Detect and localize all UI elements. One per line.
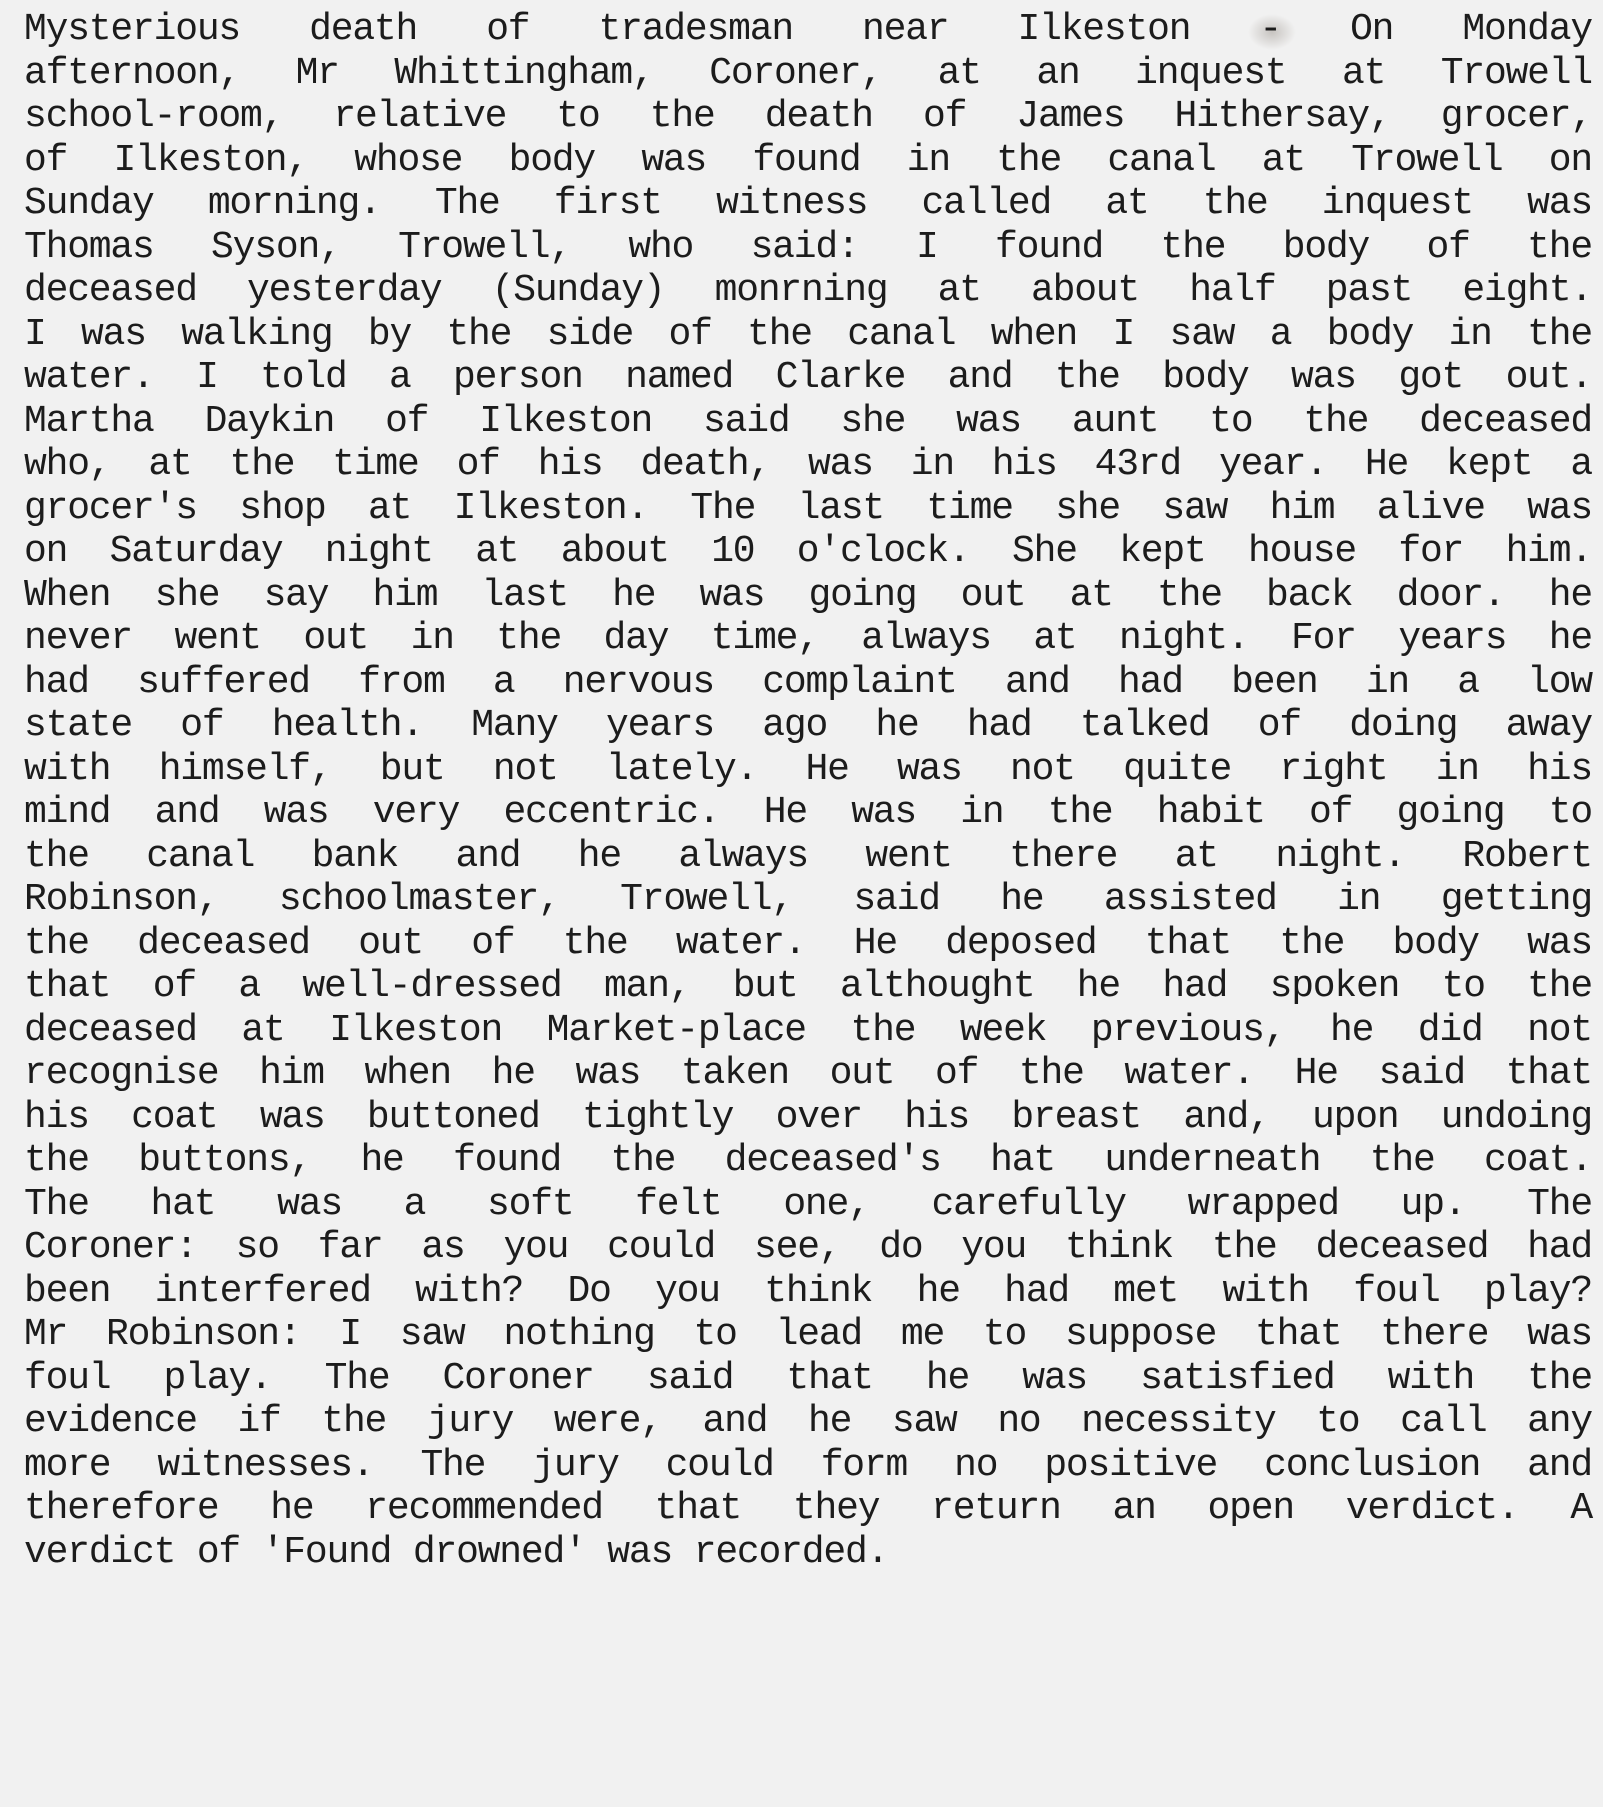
text-line: the canal bank and he always went there … <box>24 835 1592 879</box>
text-line: foul play. The Coroner said that he was … <box>24 1357 1592 1401</box>
text-line: grocer's shop at Ilkeston. The last time… <box>24 487 1592 531</box>
text-line: never went out in the day time, always a… <box>24 617 1592 661</box>
text-line: Sunday morning. The first witness called… <box>24 182 1592 226</box>
text-line: deceased at Ilkeston Market-place the we… <box>24 1009 1592 1053</box>
text-line: more witnesses. The jury could form no p… <box>24 1444 1592 1488</box>
text-line: Martha Daykin of Ilkeston said she was a… <box>24 400 1592 444</box>
text-line: When she say him last he was going out a… <box>24 574 1592 618</box>
text-line: of Ilkeston, whose body was found in the… <box>24 139 1592 183</box>
text-line: the buttons, he found the deceased's hat… <box>24 1139 1592 1183</box>
text-line: water. I told a person named Clarke and … <box>24 356 1592 400</box>
text-line: Mysterious death of tradesman near Ilkes… <box>24 8 1592 52</box>
text-line: Coroner: so far as you could see, do you… <box>24 1226 1592 1270</box>
text-line-last: verdict of 'Found drowned' was recorded. <box>24 1531 1592 1575</box>
text-line: been interfered with? Do you think he ha… <box>24 1270 1592 1314</box>
text-line: afternoon, Mr Whittingham, Coroner, at a… <box>24 52 1592 96</box>
text-line: the deceased out of the water. He depose… <box>24 922 1592 966</box>
text-line: Robinson, schoolmaster, Trowell, said he… <box>24 878 1592 922</box>
text-line: school-room, relative to the death of Ja… <box>24 95 1592 139</box>
text-line: mind and was very eccentric. He was in t… <box>24 791 1592 835</box>
text-line: deceased yesterday (Sunday) monrning at … <box>24 269 1592 313</box>
text-line: evidence if the jury were, and he saw no… <box>24 1400 1592 1444</box>
text-line: who, at the time of his death, was in hi… <box>24 443 1592 487</box>
text-line: Mr Robinson: I saw nothing to lead me to… <box>24 1313 1592 1357</box>
text-line: that of a well-dressed man, but although… <box>24 965 1592 1009</box>
text-line: with himself, but not lately. He was not… <box>24 748 1592 792</box>
text-line: on Saturday night at about 10 o'clock. S… <box>24 530 1592 574</box>
text-line: Thomas Syson, Trowell, who said: I found… <box>24 226 1592 270</box>
text-line: had suffered from a nervous complaint an… <box>24 661 1592 705</box>
text-line: therefore he recommended that they retur… <box>24 1487 1592 1531</box>
text-line: The hat was a soft felt one, carefully w… <box>24 1183 1592 1227</box>
text-line: I was walking by the side of the canal w… <box>24 313 1592 357</box>
text-line: recognise him when he was taken out of t… <box>24 1052 1592 1096</box>
document-page: Mysterious death of tradesman near Ilkes… <box>24 8 1592 1574</box>
text-line: state of health. Many years ago he had t… <box>24 704 1592 748</box>
text-line: his coat was buttoned tightly over his b… <box>24 1096 1592 1140</box>
